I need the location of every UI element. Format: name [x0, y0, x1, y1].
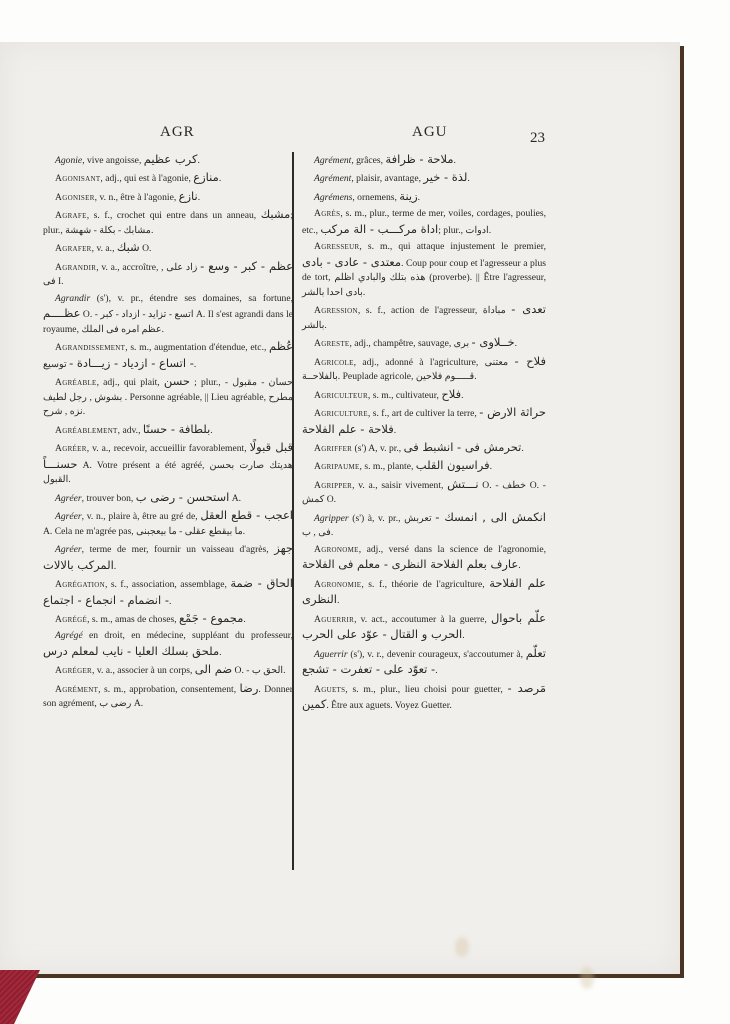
entry-headword: Agriculture: [314, 408, 368, 419]
entry-headword: Agréer: [55, 493, 82, 504]
entry-tail: .: [490, 461, 492, 472]
entry-headword: Agrafe: [55, 210, 87, 221]
entry-definition: , v. n., plaire à, être au gré de,: [82, 511, 201, 522]
foxing-stain: [580, 967, 594, 989]
dictionary-entry: Agréer, v. n., plaire à, être au gré de,…: [43, 508, 293, 539]
entry-headword: Agripper: [314, 513, 349, 524]
entry-arabic: خــلاوى -: [472, 335, 515, 349]
entry-definition: (s'), v. r., devenir courageux, s'accout…: [348, 649, 526, 660]
entry-headword: Agrément: [55, 684, 98, 695]
dictionary-entry: Aguerrir (s'), v. r., devenir courageux,…: [302, 646, 546, 679]
dictionary-entry: Agrès, s. m., plur., terme de mer, voile…: [302, 207, 546, 238]
entry-headword: Agrémens: [314, 192, 352, 203]
entry-headword: Agronomie: [314, 579, 361, 590]
entry-headword: Agréablement: [55, 425, 118, 436]
entry-definition: , adv.,: [118, 425, 143, 436]
dictionary-entry: Agréger, v. a., associer à un corps, ضم …: [43, 662, 293, 679]
entry-arabic: عظم - كبر - وسع -: [200, 259, 293, 273]
entry-arabic: رضا: [240, 681, 259, 695]
entry-definition: , adj., qui est à l'agonie,: [100, 173, 193, 184]
entry-tail: .: [418, 192, 420, 203]
entry-headword: Agricole: [314, 357, 354, 368]
dictionary-entry: Agripaume, s. m., plante, فراسيون القلب.: [302, 458, 546, 475]
entry-arabic: تعدى -: [511, 302, 546, 316]
entry-headword: Agripaume: [314, 461, 360, 472]
entry-headword: Agrès: [314, 208, 340, 219]
entry-arabic: نازع: [179, 189, 198, 203]
dictionary-entry: Agréer, terme de mer, fournir un vaissea…: [43, 541, 293, 574]
entry-definition: en droit, en médecine, suppléant du prof…: [83, 630, 293, 641]
dictionary-entry: Agonisant, adj., qui est à l'agonie, منا…: [43, 170, 293, 187]
entry-definition: , v. act., accoutumer à la guerre,: [354, 614, 491, 625]
dictionary-entry: Agrégation, s. f., association, assembla…: [43, 576, 293, 609]
dictionary-entry: Agrandir, v. a., accroître, عظم - كبر - …: [43, 259, 293, 290]
entry-definition: , v. a., associer à un corps,: [92, 665, 195, 676]
entry-tail: .: [467, 173, 469, 184]
entry-tail: .: [114, 561, 116, 572]
dictionary-entry: Aguerrir, v. act., accoutumer à la guerr…: [302, 611, 546, 644]
entry-tail: A. Cela ne m'agrée pas, ما بيقطع عقلى - …: [43, 526, 245, 537]
entry-definition: , v. a., recevoir, accueillir favorablem…: [87, 443, 250, 454]
entry-definition: (s') A, v. pr.,: [352, 443, 403, 454]
entry-tail: O. - الحق ب.: [232, 665, 285, 676]
entry-arabic: فلاح: [441, 387, 461, 401]
dictionary-entry: Agriculture, s. f., art de cultiver la t…: [302, 405, 546, 438]
entry-definition: , grâces,: [351, 155, 385, 166]
dictionary-entry: Agresseur, s. m., qui attaque injustemen…: [302, 240, 546, 300]
entry-definition: , trouver bon,: [82, 493, 136, 504]
entry-arabic: تحرمش فى - انشبط فى: [404, 440, 522, 454]
entry-headword: Agrandir: [55, 293, 90, 304]
entry-arabic: مشبك: [261, 207, 291, 221]
entry-arabic: لذة - خير: [423, 170, 467, 184]
entry-tail: ; plur., ادوات.: [438, 225, 491, 236]
entry-headword: Agrément: [314, 173, 351, 184]
entry-headword: Aguerrir: [314, 649, 348, 660]
entry-arabic: مجموع - جَمْع: [179, 611, 243, 625]
entry-arabic: كرب عظيم: [144, 152, 198, 166]
entry-headword: Agrément: [314, 155, 351, 166]
dictionary-entry: Agoniser, v. n., être à l'agonie, نازع.: [43, 189, 293, 206]
entry-tail: A.: [229, 493, 241, 504]
entry-definition: , v. a.,: [92, 243, 117, 254]
entry-definition: , adj., qui plait,: [97, 377, 164, 388]
entry-headword: Agréable: [55, 377, 97, 388]
entry-arabic: فراسيون القلب: [416, 458, 490, 472]
entry-definition: , terme de mer, fournir un vaisseau d'ag…: [82, 544, 275, 555]
dictionary-entry: Agrégé en droit, en médecine, suppléant …: [43, 629, 293, 660]
entry-arabic: بلطافة - حسنًا: [143, 422, 210, 436]
entry-headword: Agréer: [55, 544, 82, 555]
entry-tail: .: [394, 425, 396, 436]
dictionary-entry: Agronomie, s. f., théorie de l'agricultu…: [302, 576, 546, 609]
dictionary-entry: Agrément, plaisir, avantage, لذة - خير.: [302, 170, 546, 187]
entry-definition: , s. m., cultivateur,: [368, 390, 441, 401]
entry-arabic: ضم الى: [195, 662, 232, 676]
entry-definition: , s. m., plur., lieu choisi pour guetter…: [345, 684, 507, 695]
entry-headword: Agrégation: [55, 579, 105, 590]
entry-arabic: انكمش الى , انمسك -: [435, 510, 546, 524]
entry-tail: .: [198, 192, 200, 203]
dictionary-entry: Agronome, adj., versé dans la science de…: [302, 543, 546, 574]
entry-tail: .: [518, 560, 520, 571]
dictionary-entry: Agrafe, s. f., crochet qui entre dans un…: [43, 207, 293, 238]
right-running-head: AGU: [412, 124, 448, 141]
entry-arabic: ملاحة - ظرافة: [385, 152, 453, 166]
entry-headword: Aguets: [314, 684, 345, 695]
entry-definition: , s. f., crochet qui entre dans un annea…: [87, 210, 261, 221]
entry-arabic: ملحق بسلك العليا - نايب لمعلم درس: [43, 644, 219, 658]
entry-headword: Agoniser: [55, 192, 95, 203]
entry-definition: , s. f., action de l'agresseur,: [358, 305, 483, 316]
entry-arabic: حسن: [164, 374, 190, 388]
dictionary-entry: Agrément, grâces, ملاحة - ظرافة.: [302, 152, 546, 169]
entry-tail: .: [461, 390, 463, 401]
entry-definition: , v. a., accroître,: [96, 262, 161, 273]
entry-arabic: عارف بعلم الفلاحة النظرى - معلم فى الفلا…: [302, 557, 518, 571]
dictionary-entry: Agrandir (s'), v. pr., étendre ses domai…: [43, 292, 293, 338]
entry-definition: , adj., champêtre, sauvage,: [349, 338, 453, 349]
entry-arabic: اعجب - قطع العقل: [200, 508, 293, 522]
entry-definition: , s. m., qui attaque injustement le prem…: [359, 241, 546, 252]
entry-definition: , s. f., théorie de l'agriculture,: [361, 579, 489, 590]
dictionary-entry: Agriculteur, s. m., cultivateur, فلاح.: [302, 387, 546, 404]
entry-tail: .: [243, 614, 245, 625]
entry-tail: .: [219, 173, 221, 184]
entry-headword: Agresseur: [314, 241, 359, 252]
dictionary-entry: Agrafer, v. a., شبك O.: [43, 240, 293, 257]
entry-tail: . Être aux aguets. Voyez Guetter.: [326, 700, 451, 711]
entry-tail: .: [169, 596, 171, 607]
dictionary-entry: Agrémens, ornemens, زينة.: [302, 189, 546, 206]
dictionary-entry: Agrandissement, s. m., augmentation d'ét…: [43, 339, 293, 372]
entry-definition: , v. a., saisir vivement,: [352, 480, 447, 491]
dictionary-entry: Agriffer (s') A, v. pr., تحرمش فى - انشب…: [302, 440, 546, 457]
entry-definition: , s. f., association, assemblage,: [105, 579, 230, 590]
dictionary-entry: Agression, s. f., action de l'agresseur,…: [302, 302, 546, 333]
dictionary-entry: Agrément, s. m., approbation, consenteme…: [43, 681, 293, 712]
entry-headword: Agréer: [55, 443, 87, 454]
red-bookmark-ribbon: [0, 970, 40, 1024]
entry-headword: Agripper: [314, 480, 352, 491]
entry-definition: , s. m., amas de choses,: [87, 614, 179, 625]
entry-tail: O. - اتسع - تزايد - ازداد - كبر A. Il s'…: [43, 309, 293, 335]
dictionary-entry: Agonie, vive angoisse, كرب عظيم.: [43, 152, 293, 169]
dictionary-entry: Agripper, v. a., saisir vivement, نـــتش…: [302, 477, 546, 508]
dictionary-entry: Agréablement, adv., بلطافة - حسنًا.: [43, 422, 293, 439]
entry-definition: , s. m., approbation, consentement,: [98, 684, 239, 695]
entry-definition: , vive angoisse,: [82, 155, 144, 166]
entry-definition: , s. m., augmentation d'étendue, etc.,: [125, 342, 269, 353]
entry-tail: .: [435, 665, 437, 676]
entry-tail: .: [462, 630, 464, 641]
entry-tail: .: [197, 155, 199, 166]
entry-headword: Agrégé: [55, 630, 83, 641]
entry-definition: , adj., versé dans la science de l'agron…: [359, 544, 546, 555]
entry-tail: A. Votre présent a été agréé, هديتك صارت…: [43, 460, 293, 486]
foxing-stain: [455, 937, 469, 957]
entry-tail: .: [337, 595, 339, 606]
entry-arabic: نـــتش: [447, 477, 478, 491]
entry-tail: O.: [140, 243, 152, 254]
entry-definition: , plaisir, avantage,: [351, 173, 423, 184]
entry-headword: Agronome: [314, 544, 359, 555]
entry-headword: Agriffer: [314, 443, 352, 454]
entry-tail: .: [521, 443, 523, 454]
entry-arabic: فلاح -: [514, 354, 546, 368]
entry-tail: .: [210, 425, 212, 436]
entry-tail: .: [219, 647, 221, 658]
entry-headword: Agreste: [314, 338, 349, 349]
entry-headword: Agréer: [55, 511, 82, 522]
dictionary-entry: Agréer, trouver bon, استحسن - رضى ب A.: [43, 490, 293, 507]
entry-arabic: عظــــم: [43, 306, 80, 320]
left-running-head: AGR: [160, 124, 195, 141]
page-number: 23: [530, 130, 545, 147]
entry-headword: Agrandissement: [55, 342, 125, 353]
dictionary-entry: Agricole, adj., adonné à l'agriculture, …: [302, 354, 546, 385]
entry-definition: (s'), v. pr., étendre ses domaines, sa f…: [90, 293, 293, 304]
dictionary-entry: Agripper (s') à, v. pr., انكمش الى , انم…: [302, 510, 546, 541]
dictionary-entry: Agreste, adj., champêtre, sauvage, خــلا…: [302, 335, 546, 352]
right-column: Agrément, grâces, ملاحة - ظرافة.Agrément…: [302, 152, 546, 716]
dictionary-entry: Aguets, s. m., plur., lieu choisi pour g…: [302, 681, 546, 714]
entry-definition: , ornemens,: [352, 192, 399, 203]
entry-definition: , adj., adonné à l'agriculture,: [354, 357, 485, 368]
dictionary-entry: Agréable, adj., qui plait, حسن ; plur., …: [43, 374, 293, 420]
entry-definition: , v. n., être à l'agonie,: [95, 192, 179, 203]
entry-headword: Agrafer: [55, 243, 92, 254]
dictionary-entry: Agrégé, s. m., amas de choses, مجموع - ج…: [43, 611, 293, 628]
dictionary-entry: Agréer, v. a., recevoir, accueillir favo…: [43, 440, 293, 488]
entry-headword: Agrégé: [55, 614, 87, 625]
entry-headword: Agression: [314, 305, 358, 316]
entry-arabic: معتدى - عادى - بادى: [302, 255, 401, 269]
entry-arabic: منازع: [193, 170, 219, 184]
entry-headword: Agrandir: [55, 262, 96, 273]
entry-arabic: زينة: [399, 189, 417, 203]
entry-definition: , s. f., art de cultiver la terre,: [368, 408, 479, 419]
left-column: Agonie, vive angoisse, كرب عظيم.Agonisan…: [43, 152, 293, 714]
entry-headword: Aguerrir: [314, 614, 354, 625]
entry-headword: Agonisant: [55, 173, 100, 184]
entry-arabic: اداة مركـــب - الة مركب: [320, 222, 438, 236]
entry-arabic: شبك: [117, 240, 140, 254]
entry-arabic: استحسن - رضى ب: [136, 490, 230, 504]
entry-definition: , s. m., plante,: [360, 461, 416, 472]
entry-headword: Agréger: [55, 665, 92, 676]
entry-headword: Agriculteur: [314, 390, 368, 401]
entry-tail: .: [454, 155, 456, 166]
entry-headword: Agonie: [55, 155, 82, 166]
entry-definition: (s') à, v. pr.,: [349, 513, 405, 524]
